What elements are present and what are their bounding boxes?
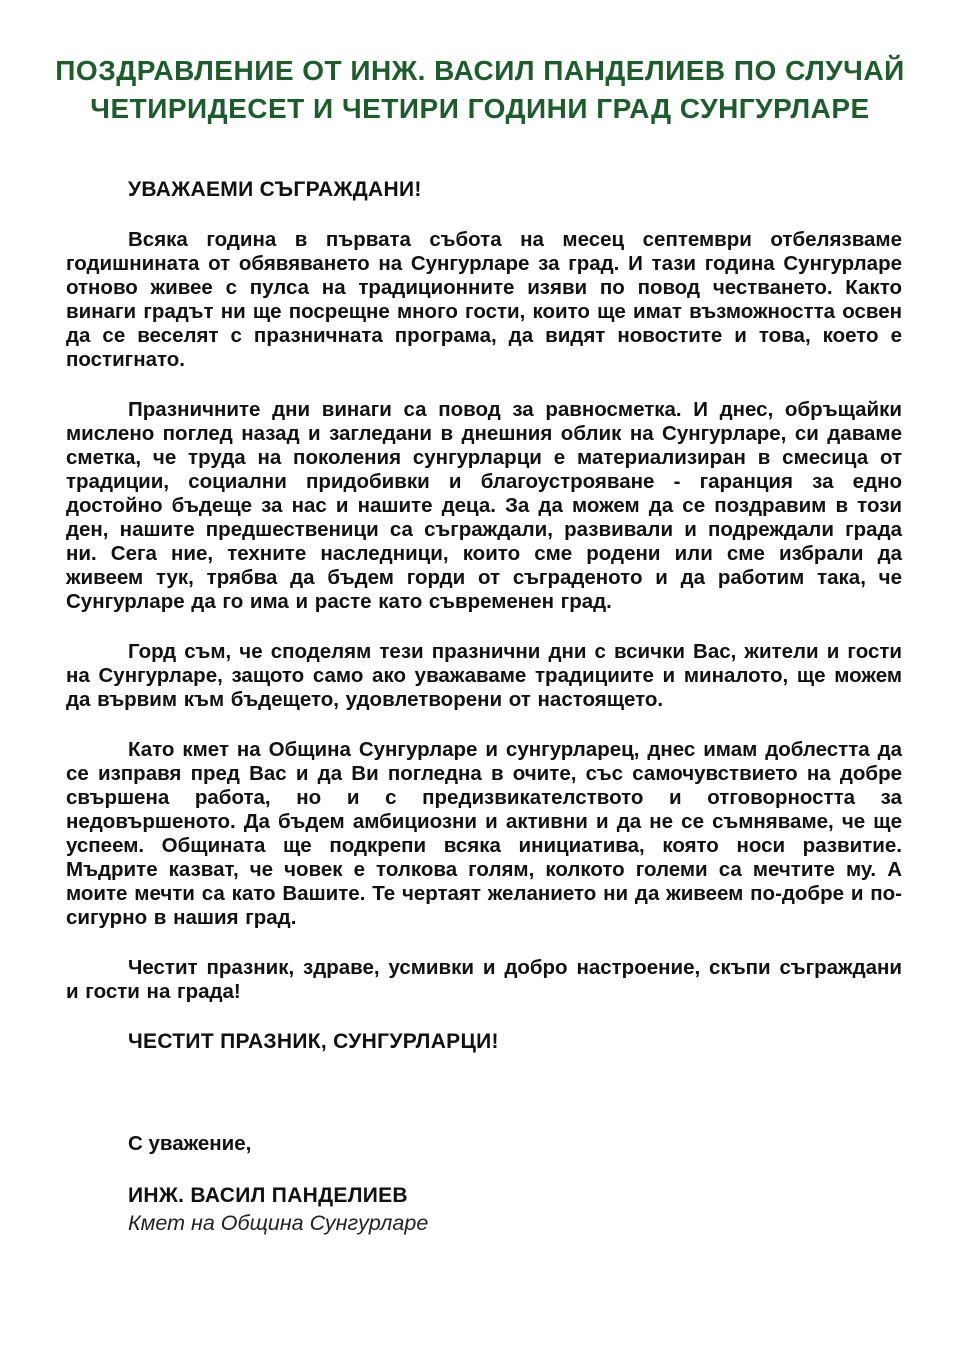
- paragraph: Празничните дни винаги са повод за равно…: [66, 398, 902, 614]
- closing-line: С уважение,: [128, 1132, 902, 1156]
- letter-paragraphs: Всяка година в първата събота на месец с…: [66, 228, 902, 1004]
- festive-greeting: ЧЕСТИТ ПРАЗНИК, СУНГУРЛАРЦИ!: [128, 1030, 902, 1054]
- salutation: УВАЖАЕМИ СЪГРАЖДАНИ!: [128, 178, 902, 202]
- signature-name: ИНЖ. ВАСИЛ ПАНДЕЛИЕВ: [128, 1184, 902, 1208]
- document-page: ПОЗДРАВЛЕНИЕ ОТ ИНЖ. ВАСИЛ ПАНДЕЛИЕВ ПО …: [0, 0, 960, 1358]
- signature-role: Кмет на Община Сунгурларе: [128, 1210, 902, 1236]
- paragraph: Честит празник, здраве, усмивки и добро …: [66, 956, 902, 1004]
- signature-block: С уважение, ИНЖ. ВАСИЛ ПАНДЕЛИЕВ Кмет на…: [66, 1132, 902, 1236]
- paragraph: Всяка година в първата събота на месец с…: [66, 228, 902, 372]
- paragraph: Като кмет на Община Сунгурларе и сунгурл…: [66, 738, 902, 930]
- paragraph: Горд съм, че споделям тези празнични дни…: [66, 640, 902, 712]
- page-title: ПОЗДРАВЛЕНИЕ ОТ ИНЖ. ВАСИЛ ПАНДЕЛИЕВ ПО …: [42, 52, 918, 128]
- letter-body: УВАЖАЕМИ СЪГРАЖДАНИ! Всяка година в първ…: [66, 178, 902, 1236]
